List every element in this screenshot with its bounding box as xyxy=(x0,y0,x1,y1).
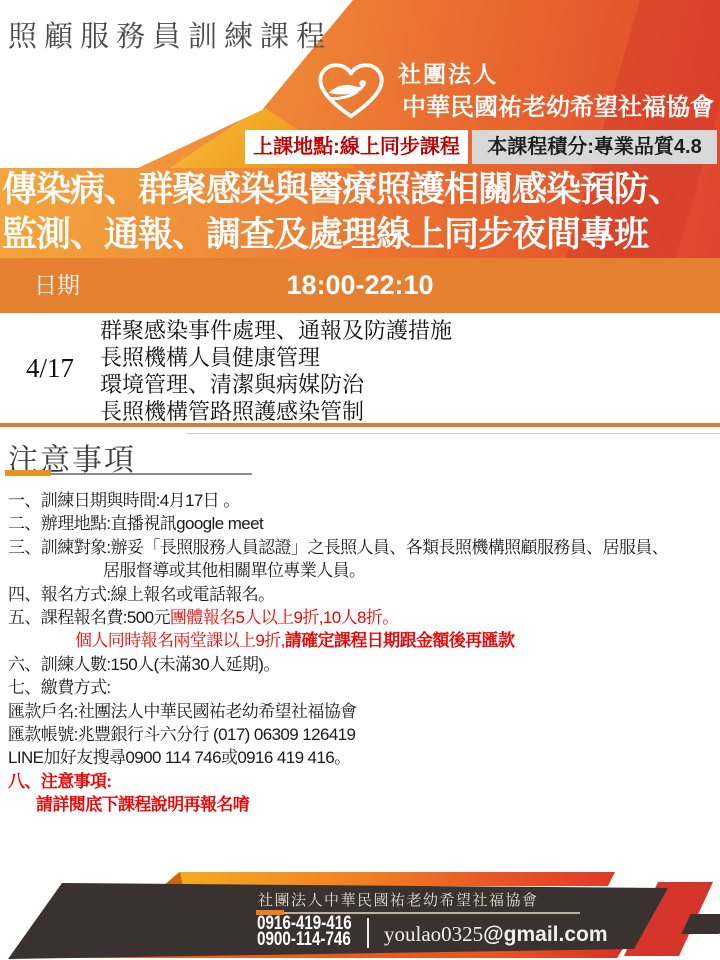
notice-underline-accent xyxy=(5,470,51,476)
org-name-line2: 中華民國祐老幼希望社福協會 xyxy=(402,87,714,122)
note-item-8: 八、注意事項: xyxy=(8,770,720,793)
note-item-3-cont: 居服督導或其他相關單位專業人員。 xyxy=(8,559,720,582)
remittance-warning-text: 請確定課程日期跟金額後再匯款 xyxy=(285,631,515,650)
phone-number-2: 0900-114-746 xyxy=(257,932,352,948)
schedule-topics-cell: 群聚感染事件處理、通報及防護措施 長照機構人員健康管理 環境管理、清潔與病媒防治… xyxy=(100,317,710,425)
topic-item: 長照機構人員健康管理 xyxy=(100,344,710,371)
course-credit-badge: 本課程積分:專業品質4.8 xyxy=(472,130,717,164)
note-item-2: 二、辦理地點:直播視訊google meet xyxy=(8,512,720,535)
time-column-header: 18:00-22:10 xyxy=(0,258,720,313)
note-item-6: 六、訓練人數:150人(未滿30人延期)。 xyxy=(8,653,720,676)
org-name-line1: 社團法人 xyxy=(398,56,498,89)
footer-org-name: 社團法人中華民國祐老幼希望社福協會 xyxy=(258,889,539,910)
footer-orange-ribbon xyxy=(163,872,615,886)
remit-account-name: 匯款戶名:社團法人中華民國祐老幼希望社福協會 xyxy=(8,700,720,723)
note-item-3: 三、訓練對象:辦妥「長照服務人員認證」之長照人員、各類長照機構照顧服務員、居服員… xyxy=(8,536,720,559)
footer-email: youlao0325@gmail.com xyxy=(384,922,608,947)
course-headline-line2: 監測、通報、調查及處理線上同步夜間專班 xyxy=(2,212,720,257)
note-item-8-cont: 請詳閱底下課程說明再報名唷 xyxy=(8,793,720,816)
email-domain: @gmail.com xyxy=(483,923,607,946)
table-bottom-border xyxy=(0,423,720,427)
footer-vertical-divider xyxy=(367,918,369,948)
class-location-badge: 上課地點:線上同步課程 xyxy=(245,130,468,164)
table-hairline xyxy=(187,433,720,434)
fee-discount-text: 團體報名5人以上9折,10人8折。 xyxy=(170,608,399,627)
schedule-header-row: 日期 18:00-22:10 xyxy=(0,258,720,313)
note-item-4: 四、報名方式:線上報名或電話報名。 xyxy=(8,583,720,606)
topic-item: 群聚感染事件處理、通報及防護措施 xyxy=(100,317,710,344)
hero-section: 照顧服務員訓練課程 社團法人 中華民國祐老幼希望社福協會 上課地點:線上同步課程… xyxy=(0,0,720,258)
note-item-7: 七、繳費方式: xyxy=(8,676,720,699)
notice-list: 一、訓練日期與時間:4月17日 。 二、辦理地點:直播視訊google meet… xyxy=(8,489,720,817)
page-title: 照顧服務員訓練課程 xyxy=(8,14,368,55)
remit-account-number: 匯款帳號:兆豐銀行斗六分行 (017) 06309 126419 xyxy=(8,723,720,746)
notice-underline xyxy=(50,473,252,475)
personal-discount-text: 個人同時報名兩堂課以上9折, xyxy=(75,631,285,650)
course-headline-line1: 傳染病、群聚感染與醫療照護相關感染預防、 xyxy=(2,167,720,212)
course-headline: 傳染病、群聚感染與醫療照護相關感染預防、 監測、通報、調查及處理線上同步夜間專班 xyxy=(2,167,720,257)
note-item-5: 五、課程報名費:500元團體報名5人以上9折,10人8折。 xyxy=(8,606,720,629)
fee-text: 五、課程報名費:500元 xyxy=(8,608,170,627)
schedule-date-cell: 4/17 xyxy=(0,313,100,423)
flyer-page: 照顧服務員訓練課程 社團法人 中華民國祐老幼希望社福協會 上課地點:線上同步課程… xyxy=(0,0,720,960)
topic-item: 長照機構管路照護感染管制 xyxy=(100,398,710,425)
note-item-1: 一、訓練日期與時間:4月17日 。 xyxy=(8,489,720,512)
note-item-5-cont: 個人同時報名兩堂課以上9折,請確定課程日期跟金額後再匯款 xyxy=(8,629,720,652)
line-contact: LINE加好友搜尋0900 114 746或0916 419 416。 xyxy=(8,746,720,769)
topic-item: 環境管理、清潔與病媒防治 xyxy=(100,371,710,398)
schedule-row: 4/17 群聚感染事件處理、通報及防護措施 長照機構人員健康管理 環境管理、清潔… xyxy=(0,313,720,423)
association-logo: 社團法人 中華民國祐老幼希望社福協會 xyxy=(314,54,714,130)
heart-dove-icon xyxy=(314,60,388,122)
email-user: youlao0325 xyxy=(384,922,483,946)
footer-phone-numbers: 0916-419-416 0900-114-746 xyxy=(257,916,352,947)
